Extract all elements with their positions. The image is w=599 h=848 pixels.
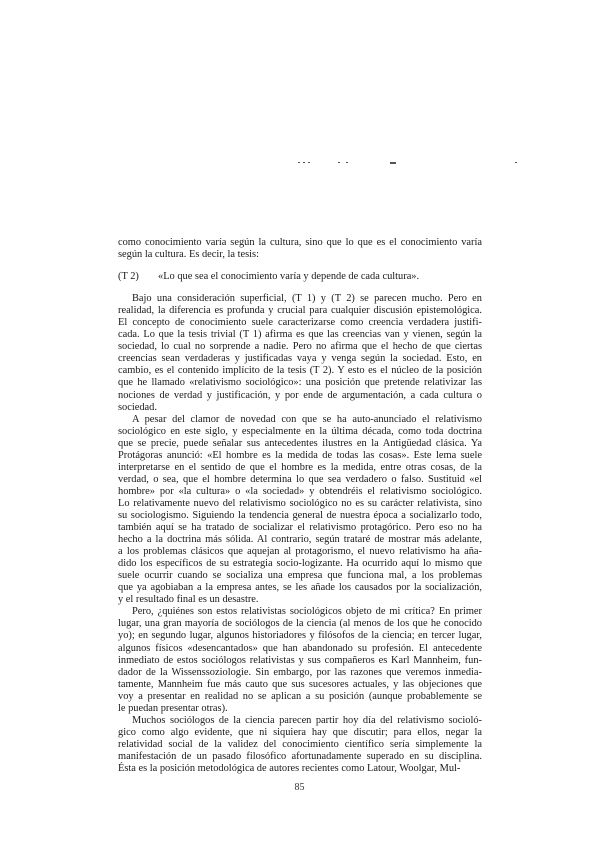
text-line: dador de la Wissenssoziologie. Sin embar… [118, 667, 482, 679]
text-line: A pesar del clamor de novedad con que se… [118, 414, 482, 426]
text-line: sociedad, lo cual no sorprende a nadie. … [118, 341, 482, 353]
text-line: cada. Lo que la tesis trivial (T 1) afir… [118, 329, 482, 341]
paragraph: A pesar del clamor de novedad con que se… [118, 414, 482, 607]
text-line: relatividad social de la validez del con… [118, 739, 482, 751]
text-line: Muchos sociólogos de la ciencia parecen … [118, 715, 482, 727]
text-line: creencias sean verdaderas y justificadas… [118, 353, 482, 365]
text-line: le puedan presentar otras). [118, 703, 482, 715]
text-line: Lo relativamente nuevo del relativismo s… [118, 498, 482, 510]
text-line: voy a presentar en realidad no se aplica… [118, 691, 482, 703]
text-line: Protágoras anunció: «El hombre es la med… [118, 450, 482, 462]
text-line: hombre» por «la cultura» o «la sociedad»… [118, 486, 482, 498]
text-line: yo); en segundo lugar, algunos historiad… [118, 630, 482, 642]
text-line: interpretarse en el sentido de que el ho… [118, 462, 482, 474]
text-line: tamente, Mannheim fue más cauto que sus … [118, 679, 482, 691]
text-line: hecho a la doctrina más sólida. Al contr… [118, 534, 482, 546]
text-line: sociológico en este siglo, y especialmen… [118, 426, 482, 438]
text-line: a los problemas clásicos que aquejan al … [118, 546, 482, 558]
paragraph: Pero, ¿quiénes son estos relativistas so… [118, 606, 482, 714]
text-line: también aquí se ha tratado de socializar… [118, 522, 482, 534]
thesis-statement: (T 2) «Lo que sea el conocimiento varía … [118, 271, 482, 283]
scan-artifacts [290, 162, 520, 166]
text-line: manifestación de un pasado filosófico af… [118, 751, 482, 763]
text-line: que ya agobiaban a la empresa antes, se … [118, 582, 482, 594]
text-line: cambio, es el contenido implícito de la … [118, 365, 482, 377]
text-line: suele ocurrir cuando se socializa una em… [118, 570, 482, 582]
text-line: y el resultado final es un desastre. [118, 594, 482, 606]
thesis-text: «Lo que sea el conocimiento varía y depe… [158, 271, 419, 283]
text-line: nociones de verdad y justificación, y po… [118, 390, 482, 402]
thesis-label: (T 2) [118, 271, 158, 283]
text-line: dido los específicos de su estrategia so… [118, 558, 482, 570]
text-line: Bajo una consideración superficial, (T 1… [118, 293, 482, 305]
paragraph: Muchos sociólogos de la ciencia parecen … [118, 715, 482, 775]
text-line: realidad, la diferencia es profunda y cr… [118, 305, 482, 317]
text-line: algunos físicos «desencantados» que han … [118, 643, 482, 655]
text-line: El concepto de conocimiento suele caract… [118, 317, 482, 329]
text-line: verdad, o sea, que el hombre determina l… [118, 474, 482, 486]
paragraph: Bajo una consideración superficial, (T 1… [118, 293, 482, 413]
text-line: según la cultura. Es decir, la tesis: [118, 249, 482, 261]
text-line: que he llamado «relativismo sociológico»… [118, 377, 482, 389]
text-line: sociedad. [118, 402, 482, 414]
text-line: que se precie, puede señalar sus anteced… [118, 438, 482, 450]
text-line: como conocimiento varía según la cultura… [118, 237, 482, 249]
text-line: Pero, ¿quiénes son estos relativistas so… [118, 606, 482, 618]
text-line: gico como algo evidente, que ni siquiera… [118, 727, 482, 739]
body-paragraphs: Bajo una consideración superficial, (T 1… [118, 293, 482, 775]
page-number: 85 [0, 782, 599, 793]
text-line: Ésta es la posición metodológica de auto… [118, 763, 482, 775]
text-line: inmediato de estos sociólogos relativist… [118, 655, 482, 667]
opening-text: como conocimiento varía según la cultura… [118, 237, 482, 261]
text-line: su sociologismo. Siguiendo la tendencia … [118, 510, 482, 522]
document-page: como conocimiento varía según la cultura… [118, 237, 482, 775]
text-line: lugar, una gran mayoría de sociólogos de… [118, 618, 482, 630]
